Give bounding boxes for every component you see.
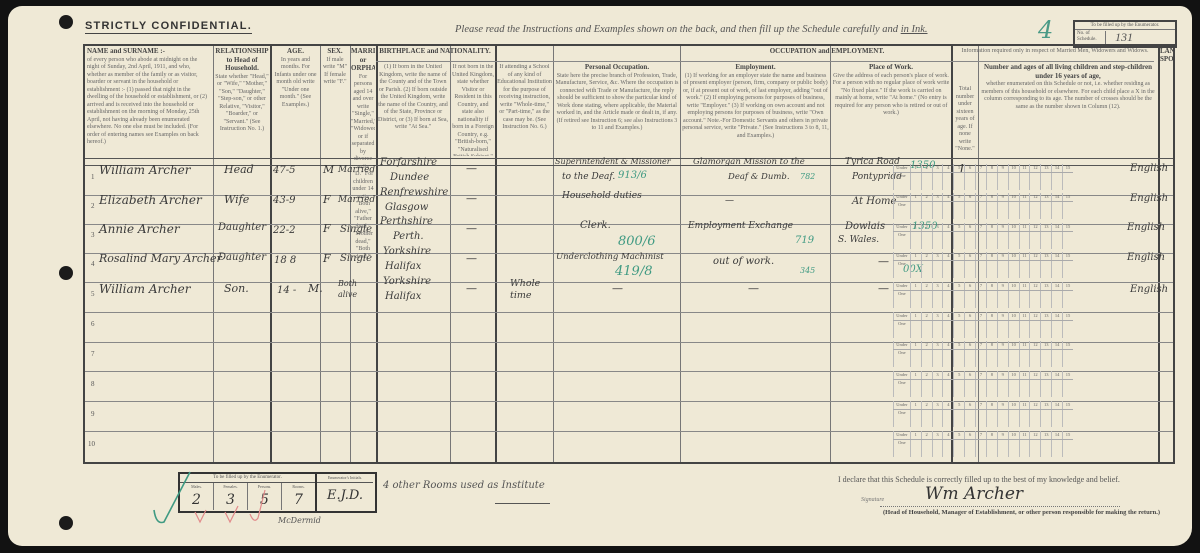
col-sex-header: SEX.If male write "M" If female write "F… [321, 48, 349, 87]
person-name: William Archer [99, 163, 191, 177]
person-name: William Archer [99, 282, 191, 296]
signature: Wm Archer [925, 484, 1023, 504]
col-nationality-header: If not born in the United Kingdom, state… [452, 64, 494, 156]
age-scale: Under One123456789101112131415 [893, 164, 1073, 190]
age-scale: Under One123456789101112131415 [893, 341, 1073, 367]
margin-mark: 4 [1038, 16, 1053, 44]
age-scale: Under One123456789101112131415 [893, 401, 1073, 427]
col-birthplace-header: BIRTHPLACE and NATIONALITY. [378, 48, 492, 57]
declaration-text: I declare that this Schedule is correctl… [838, 475, 1120, 484]
household-note: 4 other Rooms used as Institute [383, 480, 545, 491]
age-scale: Under One123456789101112131415 [893, 193, 1073, 219]
col-age-header: AGE.In years and months. For Infants und… [272, 48, 319, 109]
punch-hole [59, 516, 73, 530]
person-name: Rosalind Mary Archer [99, 252, 222, 265]
age-scale: Under One123456789101112131415 [893, 431, 1073, 457]
enumerator-initials: E.J.D. [317, 483, 373, 509]
col-relationship-header: RELATIONSHIP to Head of Household.State … [215, 48, 269, 134]
age-scale: Under One123456789101112131415 [893, 371, 1073, 397]
punch-hole [59, 15, 73, 29]
instructions-line: Please read the Instructions and Example… [455, 24, 928, 35]
age-scale: Under One123456789101112131415 [893, 223, 1073, 249]
signature-note: (Head of Household, Manager of Establish… [883, 509, 1160, 516]
schedule-number: 131 [1115, 30, 1133, 45]
age-scale: Under One123456789101112131415 [893, 312, 1073, 338]
age-scale: Under One123456789101112131415 [893, 252, 1073, 278]
col-place-of-work-header: Place of Work.Give the address of each p… [832, 64, 950, 156]
age-scale: Under One123456789101112131415 [893, 282, 1073, 308]
section-married-header: Information required only in respect of … [953, 48, 1157, 56]
col-employment-header: Employment.(1) If working for an employe… [682, 64, 829, 156]
page-title: STRICTLY CONFIDENTIAL. [85, 20, 252, 34]
col-name-header: NAME and SURNAME :-of every person who a… [87, 48, 211, 147]
col-language-header: LANGUAGE SPOKEN. [1160, 48, 1174, 156]
person-name: Annie Archer [99, 222, 180, 236]
col-children-ages-header: Number and ages of all living children a… [980, 64, 1156, 156]
col-school-header: If attending a School of any kind of Edu… [497, 64, 552, 156]
person-name: Elizabeth Archer [99, 193, 202, 207]
col-occupation-header: Personal Occupation.State here the preci… [555, 64, 679, 156]
punch-hole [59, 266, 73, 280]
col-children-total-header: Total number under sixteen years of age.… [953, 86, 977, 156]
margin-note: McDermid [278, 516, 321, 525]
